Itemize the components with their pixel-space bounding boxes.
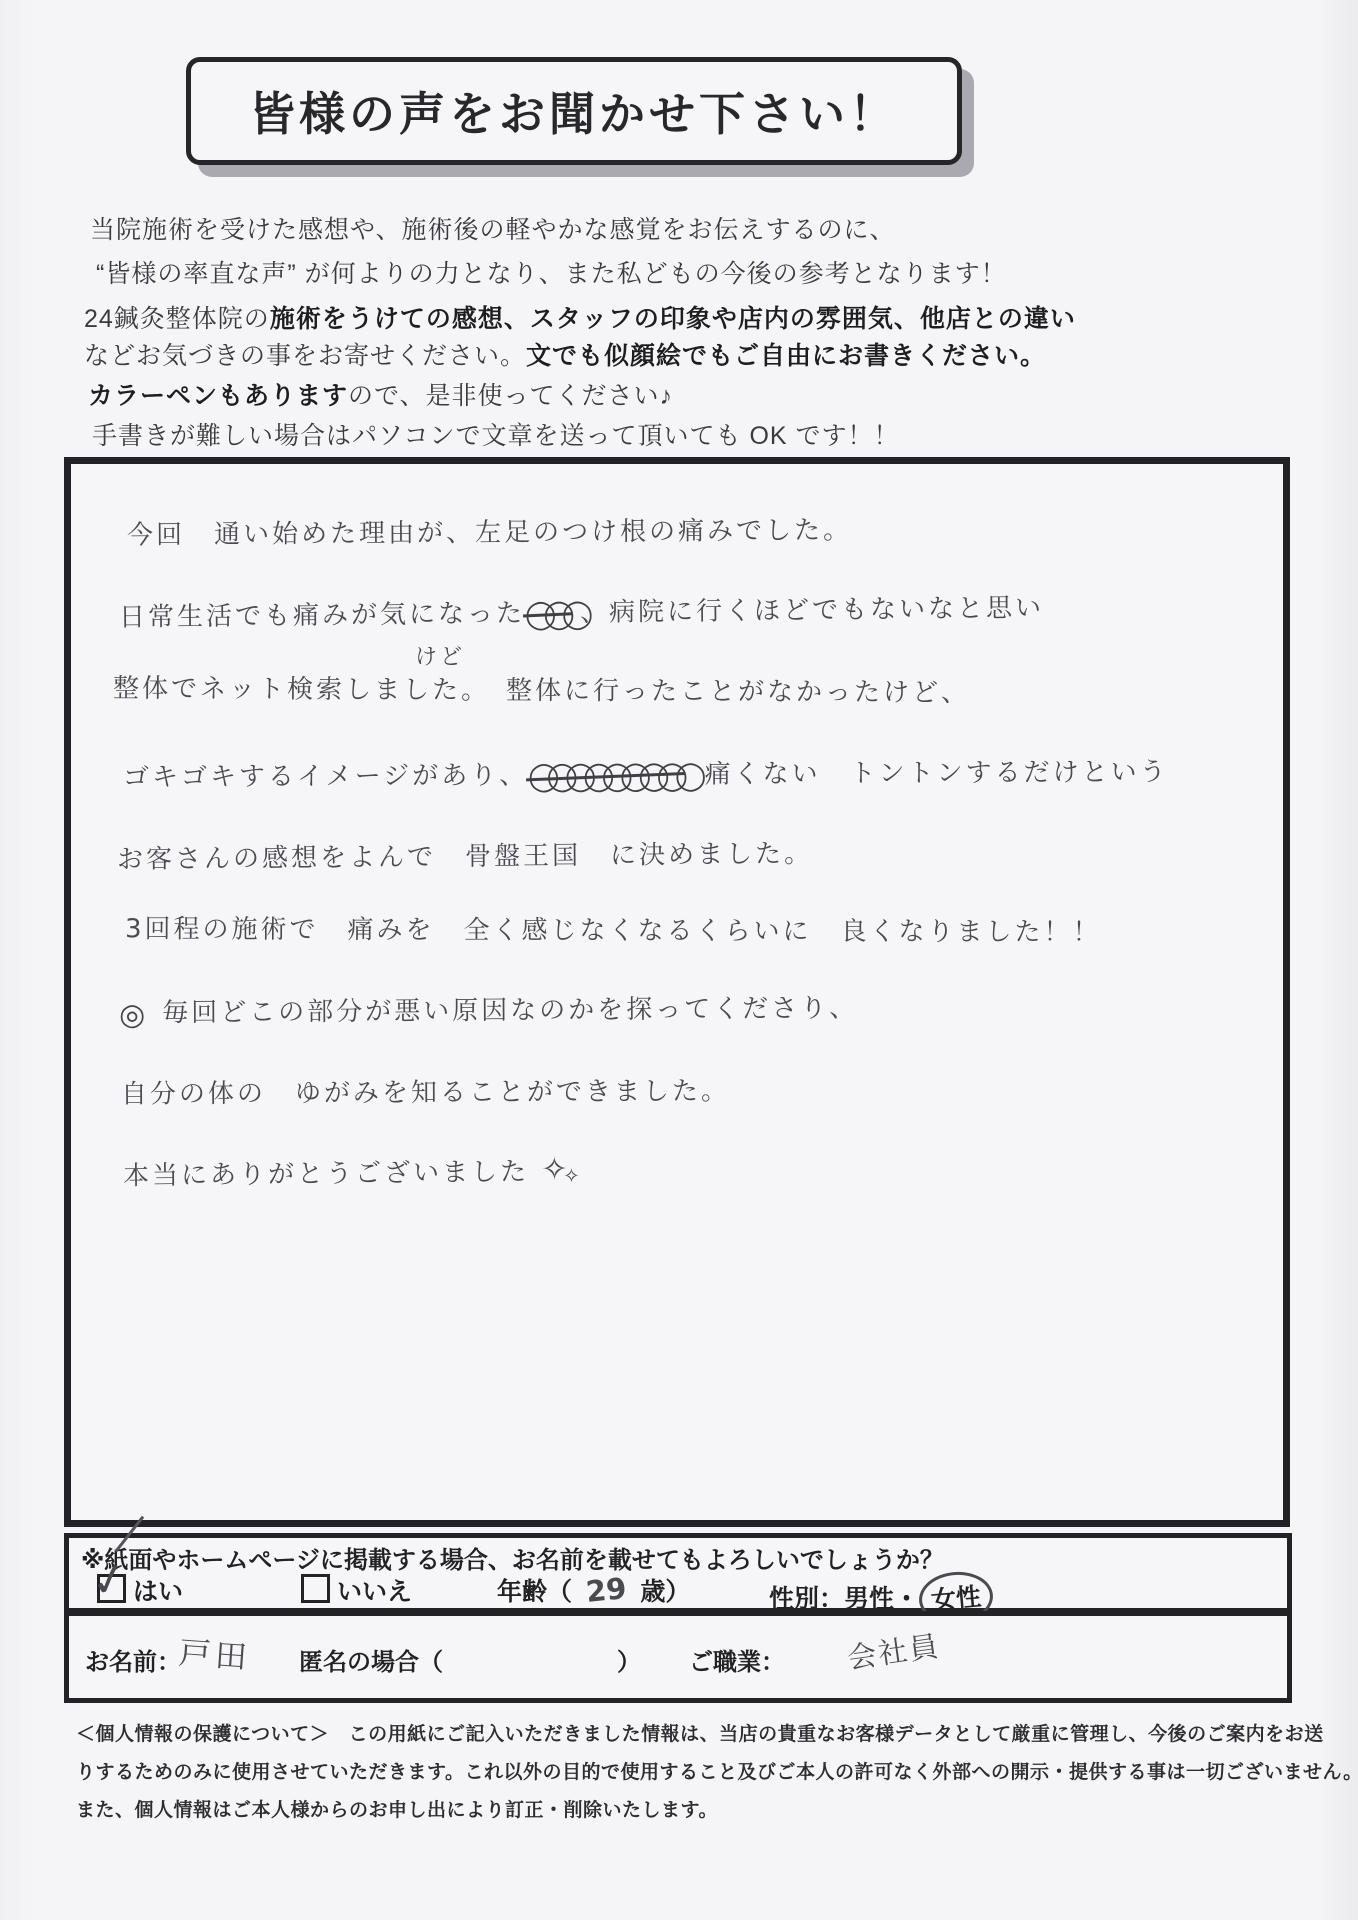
intro-line: 24鍼灸整体院の施術をうけての感想、スタッフの印象や店内の雰囲気、他店との違い — [84, 299, 1076, 335]
anonymous-label: 匿名の場合（ — [299, 1642, 443, 1677]
yes-label: はい — [133, 1572, 183, 1608]
name-box: お名前： 戸田 匿名の場合（ ） ご職業： 会社員 — [64, 1611, 1292, 1703]
sparkle-icon — [541, 1150, 571, 1188]
handwritten-line: 整体でネット検索しました。 整体に行ったことがなかったけど、 — [113, 668, 970, 709]
handwritten-line: 日常生活でも痛みが気になった、病院に行くほどでもないなと思い — [119, 587, 1044, 634]
handwritten-line: 本当にありがとうございました — [123, 1150, 571, 1193]
job-value: 会社員 — [845, 1624, 943, 1678]
handwritten-line: お客さんの感想をよんで 骨盤王国 に決めました。 — [117, 833, 813, 876]
handwritten-line: 自分の体の ゆがみを知ることができました。 — [121, 1070, 730, 1110]
handwritten-insertion: けど — [415, 640, 465, 671]
handwritten-line: ゴキゴキするイメージがあり、 痛くない トントンするだけという — [123, 751, 1169, 793]
publish-consent-box: ※紙面やホームページに掲載する場合、お名前を載せてもよろしいでしょうか？ はい … — [64, 1533, 1292, 1613]
intro-line: “皆様の率直な声” が何よりの力となり、また私どもの今後の参考となります！ — [96, 254, 1007, 290]
name-label: お名前： — [85, 1642, 181, 1677]
scribbled-out-text — [528, 762, 693, 791]
age-value: 29 — [570, 1570, 642, 1611]
scanned-feedback-form: 皆様の声をお聞かせ下さい！ 当院施術を受けた感想や、施術後の軽やかな感覚をお伝え… — [0, 0, 1358, 1920]
age-field: 年齢（29歳） — [497, 1572, 690, 1608]
handwritten-line: 今回 通い始めた理由が、左足のつけ根の痛みでした。 — [127, 509, 852, 551]
privacy-line: りするためのみに使用させていただきます。これ以外の目的で使用すること及びご本人の… — [76, 1754, 1296, 1792]
name-value: 戸田 — [177, 1628, 252, 1679]
intro-line: 当院施術を受けた感想や、施術後の軽やかな感覚をお伝えするのに、 — [90, 210, 896, 246]
intro-line: カラーペンもありますので、是非使ってください♪ — [88, 376, 673, 412]
page-title: 皆様の声をお聞かせ下さい！ — [249, 78, 899, 144]
feedback-box: 今回 通い始めた理由が、左足のつけ根の痛みでした。 日常生活でも痛みが気になった… — [64, 457, 1290, 1527]
privacy-line: ＜個人情報の保護について＞ この用紙にご記入いただきました情報は、当店の貴重なお… — [76, 1716, 1296, 1754]
title-box: 皆様の声をお聞かせ下さい！ — [186, 57, 962, 165]
job-label: ご職業： — [689, 1642, 785, 1677]
scribbled-out-text — [525, 600, 580, 629]
privacy-notice: ＜個人情報の保護について＞ この用紙にご記入いただきました情報は、当店の貴重なお… — [76, 1716, 1296, 1830]
intro-line: 手書きが難しい場合はパソコンで文章を送って頂いても OK です！！ — [92, 416, 900, 452]
scribbled-circle-mark — [119, 997, 148, 1032]
anonymous-close-paren: ） — [617, 1642, 641, 1677]
handwritten-line: 3回程の施術で 痛みを 全く感じなくなるくらいに 良くなりました！！ — [125, 908, 1102, 948]
consent-question: ※紙面やホームページに掲載する場合、お名前を載せてもよろしいでしょうか？ — [81, 1540, 944, 1575]
no-label: いいえ — [337, 1572, 412, 1608]
intro-line: などお気づきの事をお寄せください。文でも似顔絵でもご自由にお書きください。 — [84, 336, 1046, 372]
privacy-line: また、個人情報はご本人様からのお申し出により訂正・削除いたします。 — [76, 1792, 1296, 1830]
handwritten-line: 毎回どこの部分が悪い原因なのかを探ってくださり、 — [119, 987, 858, 1032]
yes-checkbox[interactable] — [97, 1574, 126, 1603]
no-checkbox[interactable] — [301, 1574, 330, 1603]
